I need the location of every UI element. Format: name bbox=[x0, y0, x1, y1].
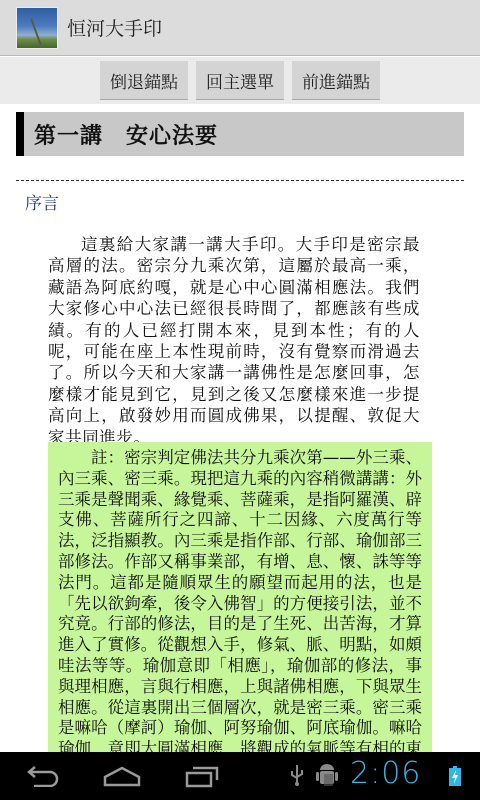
body-paragraph: 這裏給大家講一講大手印。大手印是密宗最高層的法。密宗分九乘次第，這屬於最高一乘，… bbox=[48, 234, 420, 448]
home-icon bbox=[102, 765, 142, 787]
app-title: 恒河大手印 bbox=[67, 14, 162, 41]
anchor-toolbar: 倒退錨點 回主選單 前進錨點 bbox=[0, 57, 480, 104]
reading-pane[interactable]: 第一講 安心法要 序言 這裏給大家講一講大手印。大手印是密宗最高層的法。密宗分九… bbox=[0, 104, 480, 752]
action-bar: 恒河大手印 bbox=[0, 0, 480, 56]
back-arrow-icon bbox=[24, 765, 60, 787]
status-clock: 2:06 bbox=[350, 756, 421, 791]
dashed-divider bbox=[16, 180, 464, 181]
note-box: 註：密宗判定佛法共分九乘次第——外三乘、內三乘、密三乘。現把這九乘的內容稍微講講… bbox=[48, 442, 432, 752]
forward-anchor-button[interactable]: 前進錨點 bbox=[292, 61, 380, 100]
usb-icon bbox=[290, 763, 304, 787]
section-link-preface[interactable]: 序言 bbox=[25, 189, 59, 214]
back-button[interactable] bbox=[22, 762, 62, 790]
chapter-title: 第一講 安心法要 bbox=[16, 112, 464, 156]
battery-charging-icon bbox=[449, 766, 461, 786]
android-debug-icon bbox=[316, 762, 338, 788]
main-menu-button[interactable]: 回主選單 bbox=[196, 61, 284, 100]
back-anchor-button[interactable]: 倒退錨點 bbox=[100, 61, 188, 100]
recent-apps-icon bbox=[184, 764, 220, 788]
app-icon[interactable] bbox=[16, 7, 58, 49]
recent-apps-button[interactable] bbox=[182, 762, 222, 790]
home-button[interactable] bbox=[100, 762, 144, 790]
